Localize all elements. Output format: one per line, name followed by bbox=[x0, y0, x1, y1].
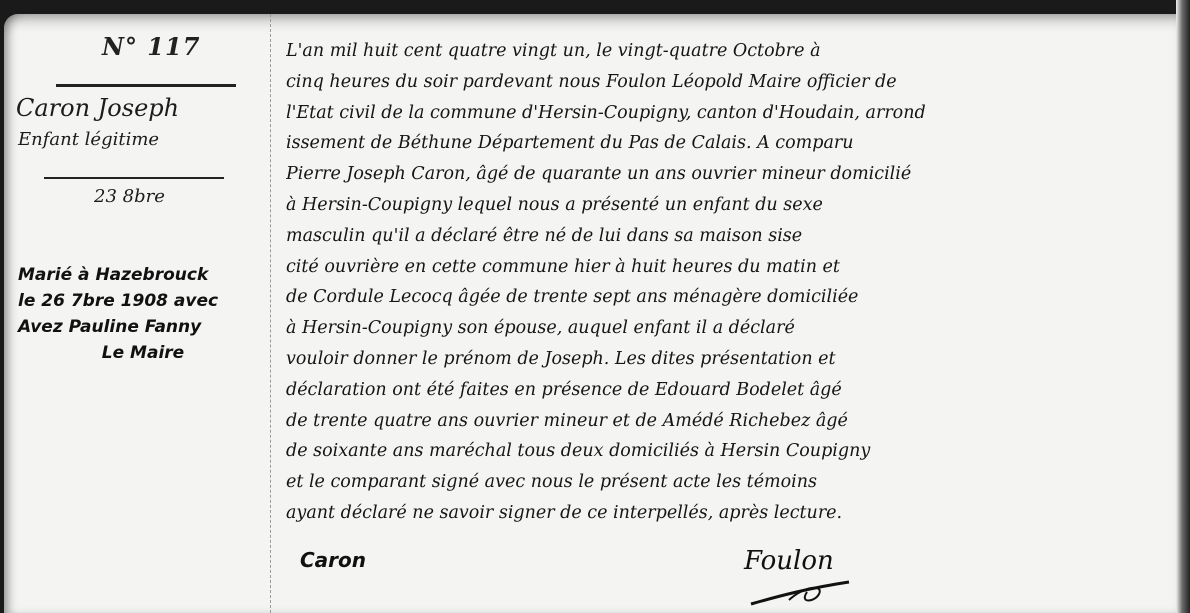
mayor-signature: Foulon bbox=[744, 546, 834, 576]
page-edge-shadow bbox=[1176, 0, 1190, 613]
margin-rule bbox=[270, 14, 272, 613]
child-name: Caron Joseph bbox=[16, 94, 179, 122]
status-underline bbox=[44, 177, 224, 179]
entry-number-underline bbox=[56, 84, 236, 87]
act-line: Pierre Joseph Caron, âgé de quarante un … bbox=[286, 159, 1176, 190]
signature-flourish-icon bbox=[749, 578, 859, 608]
act-line: à Hersin-Coupigny lequel nous a présenté… bbox=[286, 190, 1176, 221]
act-line: de soixante ans maréchal tous deux domic… bbox=[286, 436, 1176, 467]
annotation-line: Le Maire bbox=[18, 340, 268, 366]
entry-date: 23 8bre bbox=[94, 186, 165, 207]
act-line: vouloir donner le prénom de Joseph. Les … bbox=[286, 344, 1176, 375]
entry-number: N° 117 bbox=[102, 32, 200, 61]
act-line: de Cordule Lecocq âgée de trente sept an… bbox=[286, 282, 1176, 313]
act-line: déclaration ont été faites en présence d… bbox=[286, 375, 1176, 406]
act-line: L'an mil huit cent quatre vingt un, le v… bbox=[286, 36, 1176, 67]
legitimacy-status: Enfant légitime bbox=[18, 129, 159, 150]
act-line: à Hersin-Coupigny son épouse, auquel enf… bbox=[286, 313, 1176, 344]
act-line: l'Etat civil de la commune d'Hersin-Coup… bbox=[286, 98, 1176, 129]
annotation-line: Avez Pauline Fanny bbox=[18, 314, 268, 340]
act-line: de trente quatre ans ouvrier mineur et d… bbox=[286, 406, 1176, 437]
act-line: issement de Béthune Département du Pas d… bbox=[286, 128, 1176, 159]
marriage-annotation: Marié à Hazebrouck le 26 7bre 1908 avec … bbox=[18, 262, 268, 366]
act-line: cinq heures du soir pardevant nous Foulo… bbox=[286, 67, 1176, 98]
annotation-line: Marié à Hazebrouck bbox=[18, 262, 268, 288]
act-line: masculin qu'il a déclaré être né de lui … bbox=[286, 221, 1176, 252]
act-body: L'an mil huit cent quatre vingt un, le v… bbox=[286, 36, 1176, 529]
act-line: cité ouvrière en cette commune hier à hu… bbox=[286, 252, 1176, 283]
register-page: N° 117 Caron Joseph Enfant légitime 23 8… bbox=[4, 14, 1180, 613]
act-line: ayant déclaré ne savoir signer de ce int… bbox=[286, 498, 1176, 529]
declarant-signature: Caron bbox=[300, 548, 366, 572]
act-line: et le comparant signé avec nous le prése… bbox=[286, 467, 1176, 498]
annotation-line: le 26 7bre 1908 avec bbox=[18, 288, 268, 314]
